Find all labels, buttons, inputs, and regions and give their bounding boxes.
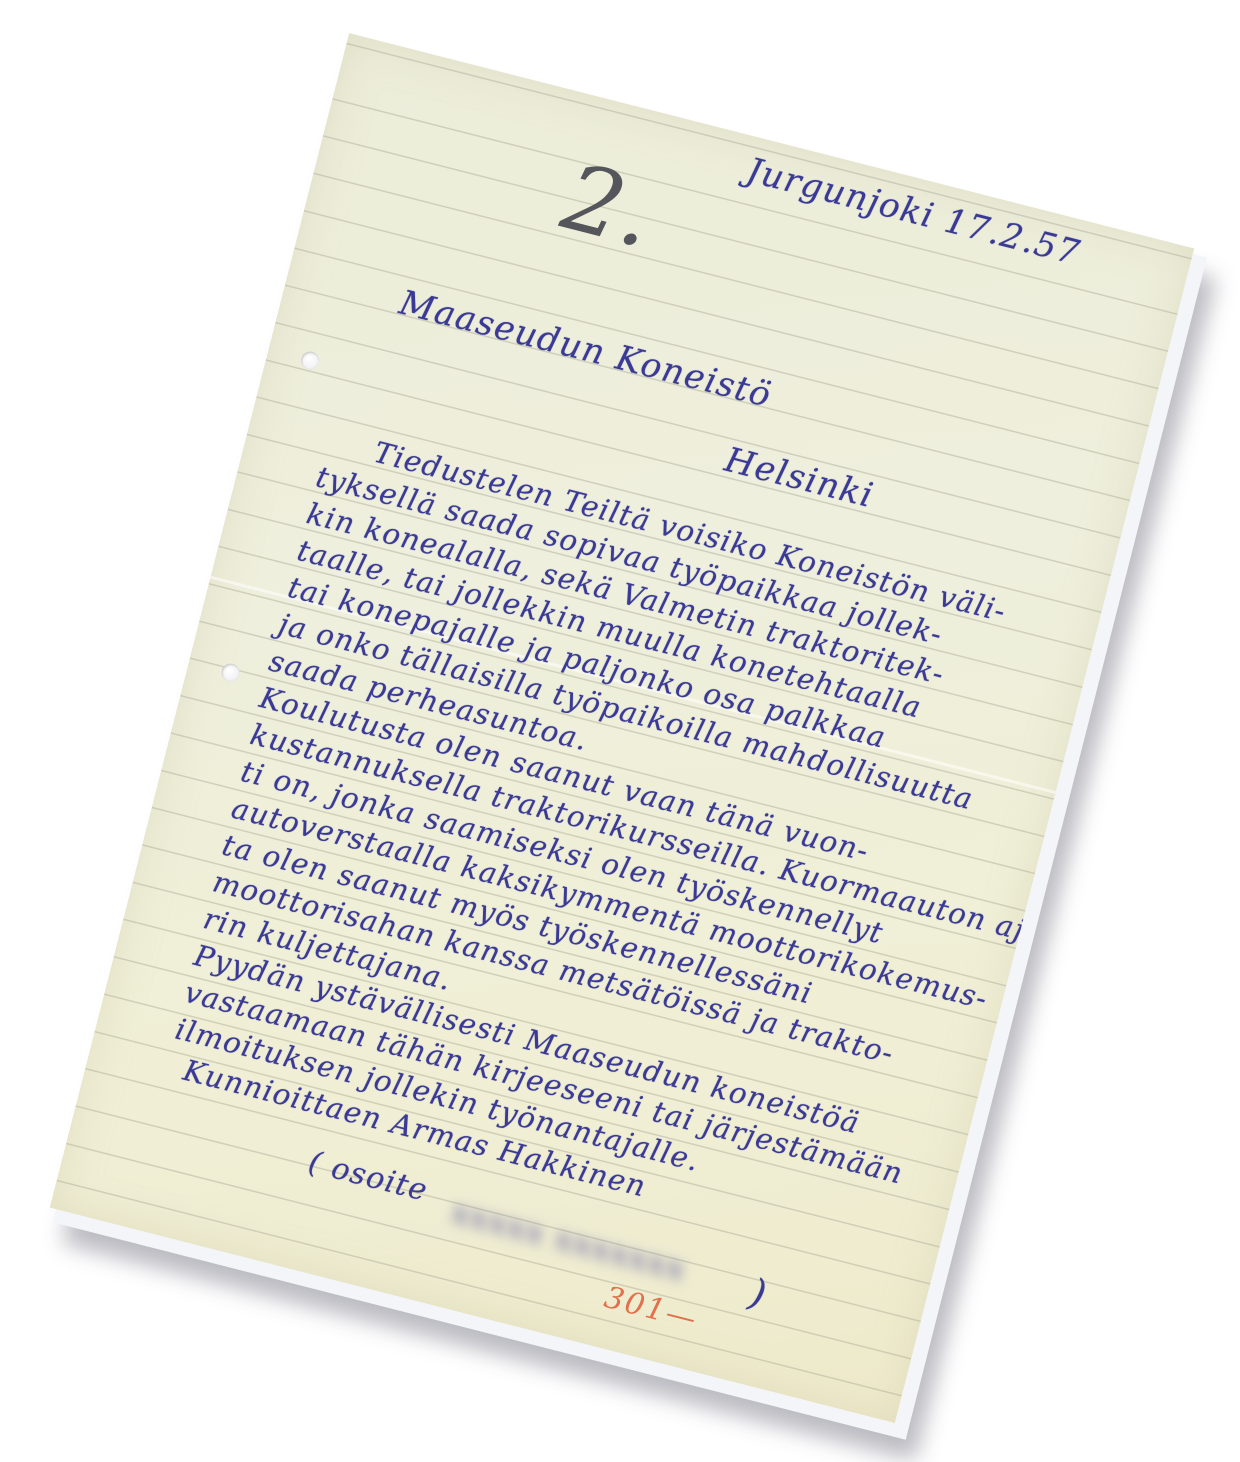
- letter-paper: Jurgunjoki 17.2.57 2. Maaseudun Koneistö…: [50, 33, 1194, 1423]
- document-stage: Jurgunjoki 17.2.57 2. Maaseudun Koneistö…: [0, 0, 1240, 1462]
